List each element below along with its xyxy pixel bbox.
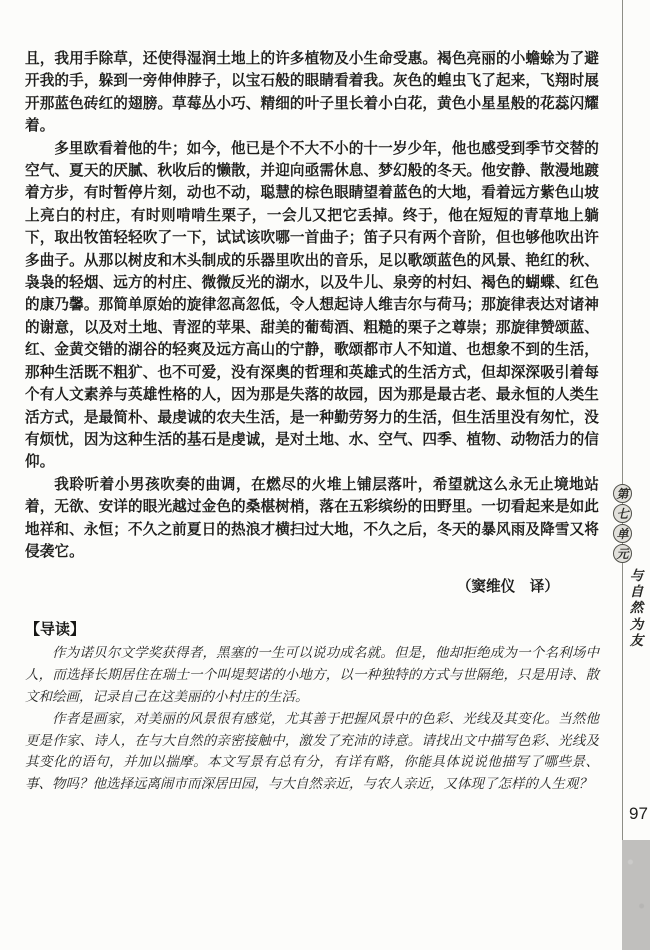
unit-title-vertical: 与 自 然 为 友 bbox=[628, 568, 645, 649]
unit-badge-char: 单 bbox=[613, 524, 632, 543]
unit-badge-char: 七 bbox=[613, 504, 632, 523]
article-paragraph: 我聆听着小男孩吹奏的曲调，在燃尽的火堆上铺层落叶，希望就这么永无止境地站着，无欲… bbox=[25, 474, 599, 564]
unit-badge-char: 元 bbox=[613, 544, 632, 563]
article-paragraph: 多里欧看着他的牛；如今，他已是个不大不小的十一岁少年，他也感受到季节交替的空气、… bbox=[25, 138, 599, 474]
page-edge-rule bbox=[622, 0, 623, 842]
page-edge-tab bbox=[622, 840, 650, 950]
page-number: 97 bbox=[627, 804, 650, 824]
reading-guide-paragraph: 作者是画家，对美丽的风景很有感觉，尤其善于把握风景中的色彩、光线及其变化。当然他… bbox=[25, 708, 599, 794]
unit-title-char: 与 bbox=[628, 568, 645, 584]
reading-guide-section: 【导读】 作为诺贝尔文学奖获得者，黑塞的一生可以说功成名就。但是，他却拒绝成为一… bbox=[25, 619, 599, 794]
unit-title-char: 然 bbox=[628, 600, 645, 616]
unit-title-char: 为 bbox=[628, 617, 645, 633]
unit-title-char: 自 bbox=[628, 584, 645, 600]
translator-attribution: （窦维仪 译） bbox=[25, 576, 599, 598]
unit-title-char: 友 bbox=[628, 633, 645, 649]
reading-guide-header: 【导读】 bbox=[25, 619, 599, 641]
unit-number-badge: 第 七 单 元 bbox=[613, 484, 633, 564]
article-paragraph-continuation: 且，我用手除草，还使得湿润土地上的许多植物及小生命受惠。褐色亮丽的小蟾蜍为了避开… bbox=[25, 48, 599, 138]
article: 且，我用手除草，还使得湿润土地上的许多植物及小生命受惠。褐色亮丽的小蟾蜍为了避开… bbox=[25, 48, 599, 795]
reading-guide-paragraph: 作为诺贝尔文学奖获得者，黑塞的一生可以说功成名就。但是，他却拒绝成为一个名利场中… bbox=[25, 642, 599, 707]
unit-badge-char: 第 bbox=[613, 484, 632, 503]
